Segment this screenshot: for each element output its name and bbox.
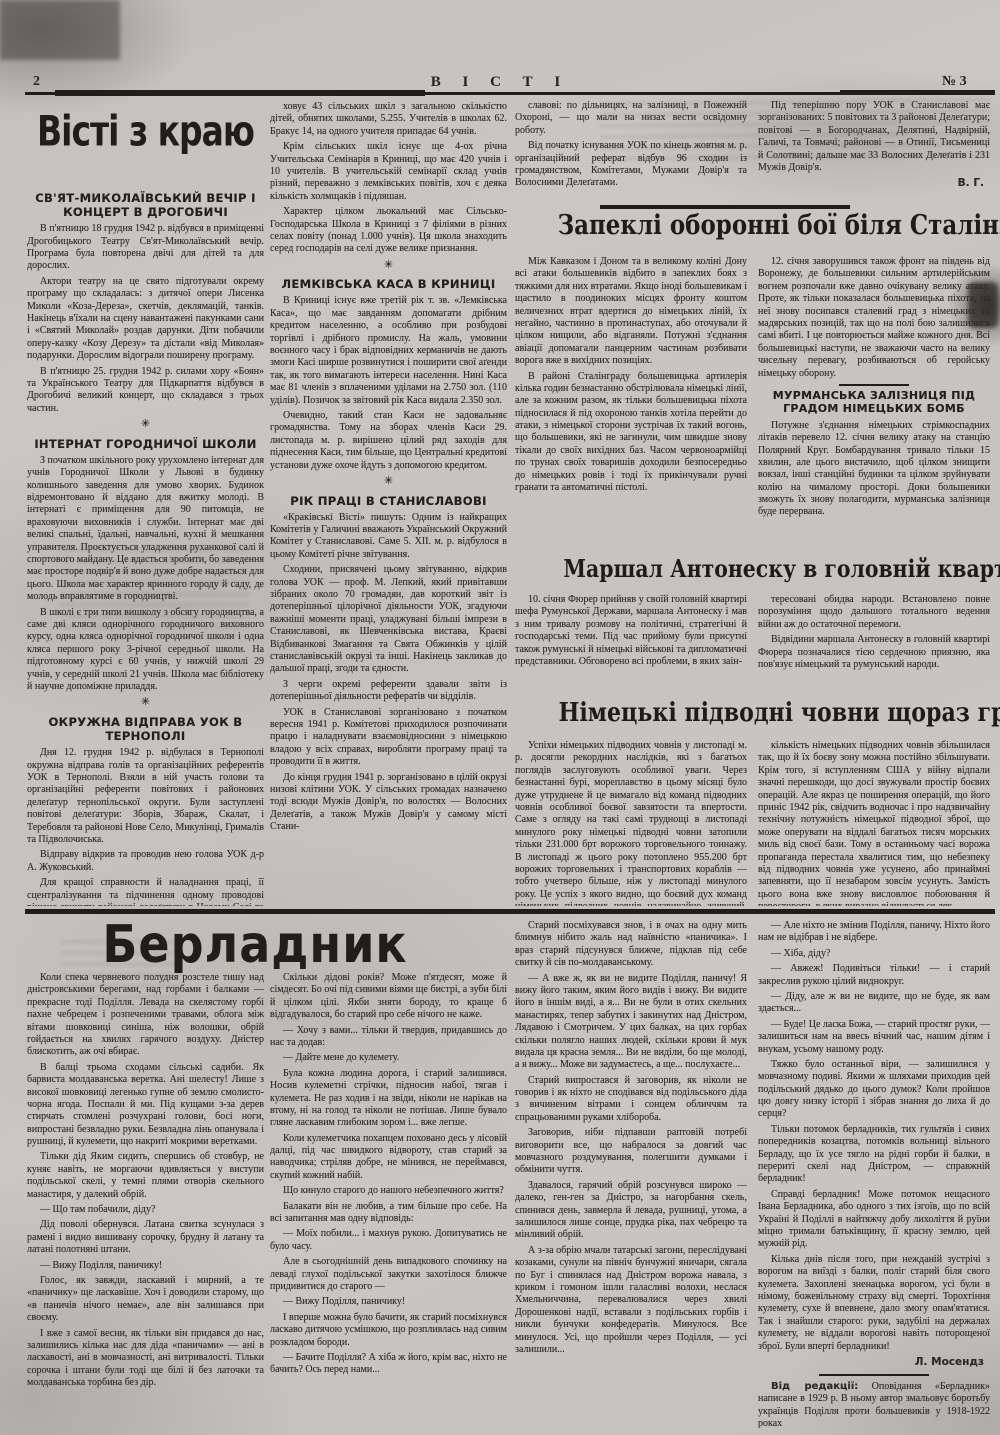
article-title: ОКРУЖНА ВІДПРАВА УОК В ТЕРНОПОЛІ [29, 715, 262, 743]
paragraph: — Вижу Поділля, паничику! [27, 1260, 264, 1272]
paragraph: — Діду, але ж ви не видите, що не буде, … [758, 991, 990, 1016]
separator-ornament: ✳ [270, 259, 507, 273]
paragraph: Старий посміхувався знов, і в очах на од… [515, 920, 747, 970]
paragraph: З початком шкільного року урухомлено інт… [27, 455, 264, 604]
article-title: ЛЕМКІВСЬКА КАСА В КРИНИЦІ [272, 277, 505, 291]
paragraph: Характер цілком льокальний має Сільсько-… [270, 206, 507, 256]
paragraph: Була кожна людина дорога, і старий залиш… [270, 1068, 507, 1130]
paragraph: Потужне з'єднання німецьких стрімкоспадн… [758, 420, 990, 519]
paragraph: А з-за обрію мчали татарські загони, пер… [515, 1245, 747, 1357]
paragraph: Справді берладник! Може потомок нещасног… [758, 1189, 990, 1251]
paragraph: Що кинуло старого до нашого небезпечного… [270, 1185, 507, 1197]
paragraph: — Бачите Поділля? А хіба ж його, крім ва… [270, 1352, 507, 1377]
paragraph: Коли спека червневого полудня розстеле т… [27, 972, 264, 1059]
author-initials: В. Г. [758, 177, 984, 190]
berladnyk-column-2: Скільки дідові років? Може п'ятдесят, мо… [270, 972, 507, 1428]
paragraph: В балці трьома сходами сільські садиби. … [27, 1062, 264, 1149]
paragraph: — Хочу з вами... тільки й твердив, прида… [270, 1025, 507, 1050]
article-title: РІК ПРАЦІ В СТАНИСЛАВОВІ [272, 494, 505, 508]
paragraph: До кінця грудня 1941 р. зорганізовано в … [270, 772, 507, 834]
masthead-title: В І С Т І [0, 74, 1000, 91]
section-headline-visti-z-krayu: Вісті з краю [27, 106, 264, 156]
paragraph: — А вже ж, як ви не видите Поділля, пани… [515, 973, 747, 1072]
article-title: ІНТЕРНАТ ГОРОДНИЧОЇ ШКОЛИ [29, 437, 262, 451]
berladnyk-column-1: Коли спека червневого полудня розстеле т… [27, 972, 264, 1428]
paragraph: В Криниці існує вже третій рік т. зв. «Л… [270, 295, 507, 407]
paragraph: Скільки дідові років? Може п'ятдесят, мо… [270, 972, 507, 1022]
column-4-top: Під теперішню пору УОК в Станиславові ма… [758, 100, 990, 212]
paragraph: тересовані обидва народи. Встановлено по… [758, 594, 990, 631]
author-signature: Л. Мосендз [758, 1356, 984, 1369]
column-3-top: славові: по дільницях, на залізниці, в П… [515, 100, 747, 204]
header-rule-heavy [840, 90, 995, 95]
paragraph: — Що там побачили, діду? [27, 1204, 264, 1216]
uboats-column-b: кількість німецьких підводних човнів збі… [758, 740, 990, 906]
newspaper-page: 2 В І С Т І № 3 Вісті з краю СВ'ЯТ-МИКОЛ… [0, 0, 1000, 1435]
berladnyk-column-4: — Але ніхто не змінив Поділля, паничу. Н… [758, 920, 990, 1428]
paragraph: славові: по дільницях, на залізниці, в П… [515, 100, 747, 137]
paragraph: УОК в Станиславові зорганізовано з почат… [270, 707, 507, 769]
paragraph: В п'ятницю 25. грудня 1942 р. силами хор… [27, 366, 264, 416]
paragraph: Очевидно, такий стан Каси не задовальняє… [270, 410, 507, 472]
separator-ornament: ✳ [270, 475, 507, 489]
editor-note-rule [819, 1374, 929, 1376]
headline-text: Запеклі оборонні бої біля Сталінграду [558, 210, 1000, 241]
corner-shadow [0, 0, 120, 60]
header-rule-heavy [55, 90, 425, 96]
paragraph: — Вижу Поділля, паничику! [270, 1296, 507, 1308]
paragraph: Тяжко було останньої віри, — залишилися … [758, 1059, 990, 1121]
paragraph: Дня 12. грудня 1942 р. відбулася в Терно… [27, 747, 264, 846]
paragraph: — Авжеж! Подивіться тільки! — і старий з… [758, 963, 990, 988]
article-title-murmansk: МУРМАНСЬКА ЗАЛІЗНИЦЯ ПІД ГРАДОМ НІМЕЦЬКИ… [760, 389, 988, 416]
paragraph: Коли кулеметчика похапцем поховано десь … [270, 1133, 507, 1183]
headline-text: Маршал Антонеску в головній квартирі Фюр… [563, 554, 1000, 583]
paragraph: Між Кавказом і Доном та в великому колін… [515, 256, 747, 368]
uboats-column-a: Успіхи німецьких підводних човнів у лист… [515, 740, 747, 906]
column-1: СВ'ЯТ-МИКОЛАЇВСЬКИЙ ВЕЧІР І КОНЦЕРТ В ДР… [27, 186, 264, 906]
paragraph: кількість німецьких підводних човнів збі… [758, 740, 990, 906]
paragraph: 12. січня заворушився також фронт на пів… [758, 256, 990, 380]
paragraph: Дід поволі обернувся. Латана свитка зсун… [27, 1219, 264, 1256]
paragraph: Для кращої справности й наладнання праці… [27, 877, 264, 906]
paragraph: В п'ятницю 18 грудня 1942 р. відбувся в … [27, 223, 264, 273]
column-2: ховує 43 сільських шкіл з загальною скіл… [270, 101, 507, 907]
paragraph: — Буде! Це ласка Божа, — старий простяг … [758, 1019, 990, 1056]
paragraph: Сходини, присвячені цьому звітуванню, ві… [270, 564, 507, 676]
stalingrad-column-b: 12. січня заворушився також фронт на пів… [758, 256, 990, 552]
section-rule [600, 205, 850, 209]
paragraph: Здавалося, гарячий обрій розсунувся широ… [515, 1180, 747, 1242]
paragraph: Успіхи німецьких підводних човнів у лист… [515, 740, 747, 906]
stalingrad-column-a: Між Кавказом і Доном та в великому колін… [515, 256, 747, 552]
paragraph: Тільки дід Яким сидить, спершись об стов… [27, 1151, 264, 1201]
antonescu-column-b: тересовані обидва народи. Встановлено по… [758, 594, 990, 696]
paragraph: Тільки потомок берладників, тих гультяїв… [758, 1124, 990, 1186]
paragraph: 10. січня Фюрер прийняв у своїй головній… [515, 594, 747, 668]
paragraph: З черги окремі референти здавали звіти і… [270, 679, 507, 704]
paragraph: Від початку існування УОК по кінець жовт… [515, 140, 747, 190]
berladnyk-column-3: Старий посміхувався знов, і в очах на од… [515, 920, 747, 1428]
paragraph: Але в сьогоднішній день випадкового споч… [270, 1256, 507, 1293]
paragraph: Старий випростався й заговорив, як нікол… [515, 1075, 747, 1125]
paragraph: Кілька днів після того, при нежданій зус… [758, 1254, 990, 1353]
issue-number: № 3 [942, 74, 967, 90]
paragraph: І вже з самої весни, як тільки він прида… [27, 1328, 264, 1390]
paragraph: Відправу відкрив та проводив нею голова … [27, 849, 264, 874]
paragraph: Під теперішню пору УОК в Станиславові ма… [758, 100, 990, 174]
paragraph: Балакати він не любив, а тим більше про … [270, 1201, 507, 1226]
paragraph: «Краківські Вісті» пишуть: Одним із найк… [270, 512, 507, 562]
paragraph: Відвідини маршала Антонеску в головній к… [758, 634, 990, 671]
paragraph: — Дайте мене до кулемету. [270, 1052, 507, 1064]
paragraph: Голос, як завжди, ласкавий і мирний, а т… [27, 1275, 264, 1325]
separator-ornament: ✳ [27, 418, 264, 432]
headline-berladnyk: Берладник [45, 914, 465, 974]
paragraph: Крім сільських шкіл існує ще 4-ох річна … [270, 141, 507, 203]
paragraph: В школі є три типи вишколу з обсягу горо… [27, 607, 264, 694]
editor-note-label: Від редакції: [771, 1381, 858, 1392]
headline-text: Німецькі підводні човни щораз грізніші [559, 698, 1000, 728]
separator-ornament: ✳ [27, 696, 264, 710]
paragraph: — Хіба, діду? [758, 948, 990, 960]
editor-note: Від редакції: Оповідання «Берладник» нап… [758, 1381, 990, 1428]
antonescu-column-a: 10. січня Фюрер прийняв у своїй головній… [515, 594, 747, 696]
paragraph: І вперше можна було бачити, як старий по… [270, 1312, 507, 1349]
paragraph: — Але ніхто не змінив Поділля, паничу. Н… [758, 920, 990, 945]
paragraph: Актори театру на це свято підготували ок… [27, 276, 264, 363]
article-title: СВ'ЯТ-МИКОЛАЇВСЬКИЙ ВЕЧІР І КОНЦЕРТ В ДР… [29, 191, 262, 219]
headline-uboats: Німецькі підводні човни щораз грізніші [512, 698, 994, 728]
paragraph: В районі Сталінграду большевицька артиле… [515, 371, 747, 495]
paragraph: ховує 43 сільських шкіл з загальною скіл… [270, 101, 507, 138]
headline-stalingrad: Запеклі оборонні бої біля Сталінграду [512, 210, 994, 241]
headline-antonescu: Маршал Антонеску в головній квартирі Фюр… [512, 554, 994, 584]
paragraph: — Моїх побили... і махнув рукою. Допитув… [270, 1228, 507, 1253]
paragraph: Заговорив, ніби підпавши раптовій потреб… [515, 1127, 747, 1177]
subhead-rule [839, 384, 909, 386]
